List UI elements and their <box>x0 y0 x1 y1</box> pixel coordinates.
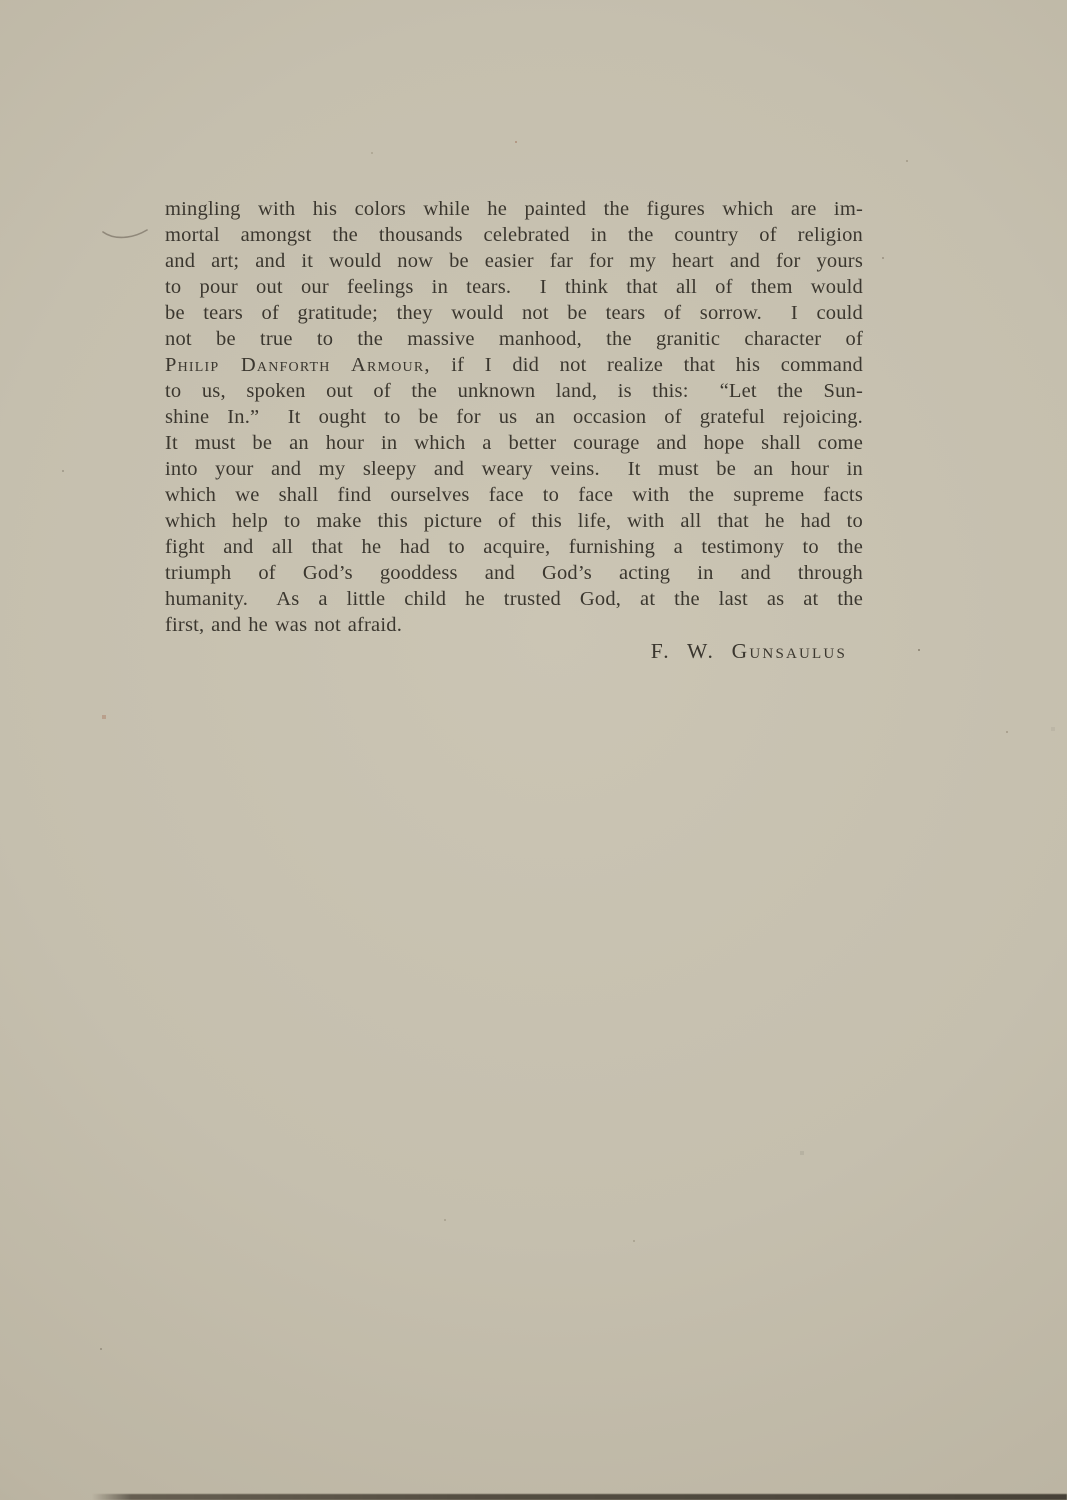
scan-edge-shadow <box>92 1494 1067 1500</box>
paragraph-line: be tears of gratitude; they would not be… <box>165 300 863 326</box>
paper-speckles <box>0 0 2 2</box>
paragraph-line: It must be an hour in which a better cou… <box>165 430 863 456</box>
paragraph-line: not be true to the massive manhood, the … <box>165 326 863 352</box>
paragraph-line: humanity. As a little child he trusted G… <box>165 586 863 612</box>
signature: F. W. Gunsaulus <box>165 638 863 664</box>
paragraph-line: fight and all that he had to acquire, fu… <box>165 534 863 560</box>
pencil-mark <box>100 225 150 245</box>
paragraph-line: to pour out our feelings in tears. I thi… <box>165 274 863 300</box>
paragraph-line: to us, spoken out of the unknown land, i… <box>165 378 863 404</box>
paragraph-line: shine In.” It ought to be for us an occa… <box>165 404 863 430</box>
paragraph-line: and art; and it would now be easier far … <box>165 248 863 274</box>
paragraph-line: mortal amongst the thousands celebrated … <box>165 222 863 248</box>
person-name-smallcaps: Philip Danforth Armour, <box>165 354 431 376</box>
paragraph-line: triumph of God’s gooddess and God’s acti… <box>165 560 863 586</box>
paragraph-line: Philip Danforth Armour, if I did not rea… <box>165 352 863 378</box>
paragraph-line: into your and my sleepy and weary veins.… <box>165 456 863 482</box>
paragraph-line: which we shall find ourselves face to fa… <box>165 482 863 508</box>
paragraph: mingling with his colors while he painte… <box>165 196 863 664</box>
paragraph-line: mingling with his colors while he painte… <box>165 196 863 222</box>
paragraph-line: first, and he was not afraid. <box>165 612 863 638</box>
book-page-scan: mingling with his colors while he painte… <box>0 0 1067 1500</box>
paragraph-line: which help to make this picture of this … <box>165 508 863 534</box>
